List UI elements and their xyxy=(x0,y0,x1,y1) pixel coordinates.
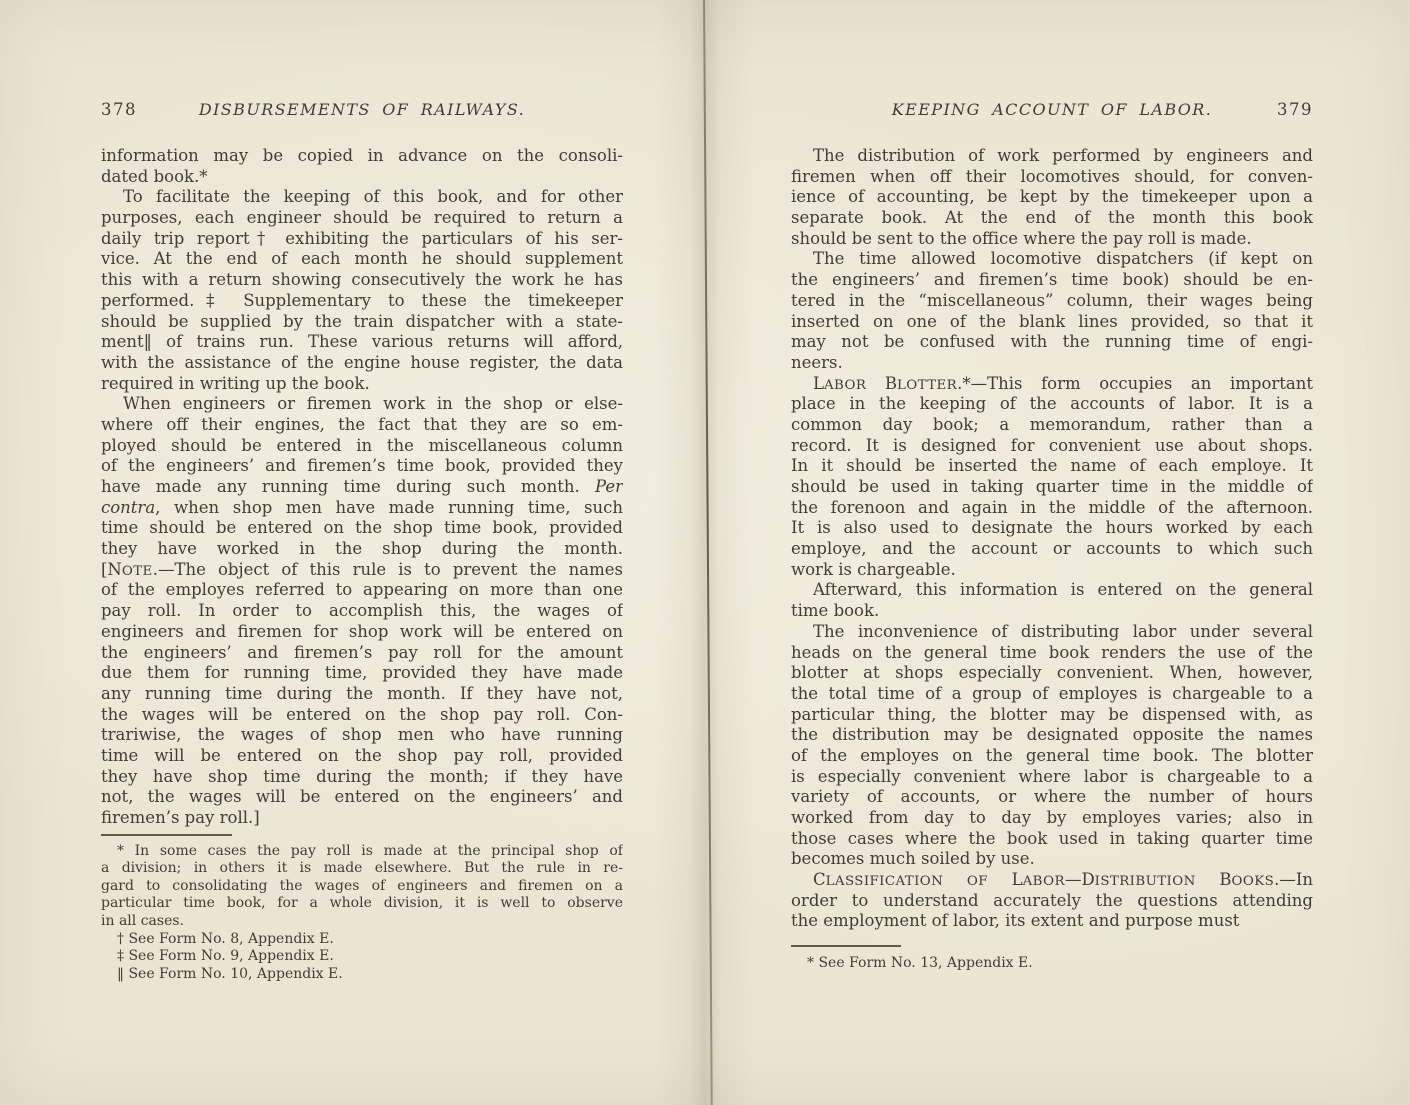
text-line: * See Form No. 13, Appendix E. xyxy=(791,955,1313,973)
text-line: record. It is designed for convenient us… xyxy=(791,436,1313,457)
text-line: time should be entered on the shop time … xyxy=(101,518,623,539)
text-line: the employment of labor, its extent and … xyxy=(791,911,1313,932)
text-line: [NOTE.—The object of this rule is to pre… xyxy=(101,560,623,581)
text-line: employe, and the account or accounts to … xyxy=(791,539,1313,560)
paragraph: information may be copied in advance on … xyxy=(101,146,623,187)
text-line: required in writing up the book. xyxy=(101,374,623,395)
text-line: may not be confused with the running tim… xyxy=(791,332,1313,353)
text-line: where off their engines, the fact that t… xyxy=(101,415,623,436)
text-line: separate book. At the end of the month t… xyxy=(791,208,1313,229)
text-line: To facilitate the keeping of this book, … xyxy=(101,187,623,208)
footnote: * See Form No. 13, Appendix E. xyxy=(791,955,1313,973)
right-running-header: KEEPING ACCOUNT OF LABOR. 379 xyxy=(791,100,1313,121)
text-line: firemen when off their locomotives shoul… xyxy=(791,167,1313,188)
right-running-head: KEEPING ACCOUNT OF LABOR. xyxy=(791,100,1313,121)
text-line: vice. At the end of each month he should… xyxy=(101,249,623,270)
text-line: LABOR BLOTTER.*—This form occupies an im… xyxy=(791,374,1313,395)
text-line: tered in the “miscellaneous” column, the… xyxy=(791,291,1313,312)
text-line: is especially convenient where labor is … xyxy=(791,767,1313,788)
text-line: pay roll. In order to accomplish this, t… xyxy=(101,601,623,622)
text-line: ‡ See Form No. 9, Appendix E. xyxy=(101,948,623,966)
right-page-body: The distribution of work performed by en… xyxy=(791,146,1313,932)
text-line: ployed should be entered in the miscella… xyxy=(101,436,623,457)
text-line: trariwise, the wages of shop men who hav… xyxy=(101,725,623,746)
text-line: of the engineers’ and firemen’s time boo… xyxy=(101,456,623,477)
text-line: should be sent to the office where the p… xyxy=(791,229,1313,250)
text-line: time will be entered on the shop pay rol… xyxy=(101,746,623,767)
footnote: ‡ See Form No. 9, Appendix E. xyxy=(101,948,623,966)
text-line: information may be copied in advance on … xyxy=(101,146,623,167)
text-line: performed.‡ Supplementary to these the t… xyxy=(101,291,623,312)
page-378: 378 DISBURSEMENTS OF RAILWAYS. informati… xyxy=(101,100,623,983)
text-line: daily trip report† exhibiting the partic… xyxy=(101,229,623,250)
left-footnote-rule xyxy=(101,834,232,836)
text-line: place in the keeping of the accounts of … xyxy=(791,394,1313,415)
text-line: time book. xyxy=(791,601,1313,622)
footnote: ‖ See Form No. 10, Appendix E. xyxy=(101,966,623,984)
text-line: becomes much soiled by use. xyxy=(791,849,1313,870)
text-line: a division; in others it is made elsewhe… xyxy=(101,860,623,878)
text-line: Afterward, this information is entered o… xyxy=(791,580,1313,601)
text-line: not, the wages will be entered on the en… xyxy=(101,787,623,808)
text-line: should be used in taking quarter time in… xyxy=(791,477,1313,498)
paragraph: To facilitate the keeping of this book, … xyxy=(101,187,623,394)
text-line: of the employes on the general time book… xyxy=(791,746,1313,767)
text-line: When engineers or firemen work in the sh… xyxy=(101,394,623,415)
text-line: * In some cases the pay roll is made at … xyxy=(101,843,623,861)
text-line: variety of accounts, or where the number… xyxy=(791,787,1313,808)
left-running-header: 378 DISBURSEMENTS OF RAILWAYS. xyxy=(101,100,623,121)
text-line: contra, when shop men have made running … xyxy=(101,498,623,519)
scanned-book-spread: 378 DISBURSEMENTS OF RAILWAYS. informati… xyxy=(0,0,1410,1105)
text-line: common day book; a memorandum, rather th… xyxy=(791,415,1313,436)
text-line: dated book.* xyxy=(101,167,623,188)
text-line: particular time book, for a whole divisi… xyxy=(101,895,623,913)
left-page-body: information may be copied in advance on … xyxy=(101,146,623,829)
right-footnote-rule xyxy=(791,945,901,947)
text-line: engineers and firemen for shop work will… xyxy=(101,622,623,643)
text-line: those cases where the book used in takin… xyxy=(791,829,1313,850)
text-line: due them for running time, provided they… xyxy=(101,663,623,684)
paragraph: CLASSIFICATION OF LABOR—DISTRIBUTION BOO… xyxy=(791,870,1313,932)
paragraph: Afterward, this information is entered o… xyxy=(791,580,1313,621)
text-line: ‖ See Form No. 10, Appendix E. xyxy=(101,966,623,984)
text-line: they have worked in the shop during the … xyxy=(101,539,623,560)
text-line: † See Form No. 8, Appendix E. xyxy=(101,931,623,949)
text-line: ience of accounting, be kept by the time… xyxy=(791,187,1313,208)
text-line: with the assistance of the engine house … xyxy=(101,353,623,374)
text-line: ment‖ of trains run. These various retur… xyxy=(101,332,623,353)
right-page-number: 379 xyxy=(1277,100,1313,121)
text-line: have made any running time during such m… xyxy=(101,477,623,498)
text-line: purposes, each engineer should be requir… xyxy=(101,208,623,229)
text-line: neers. xyxy=(791,353,1313,374)
paragraph: The distribution of work performed by en… xyxy=(791,146,1313,249)
text-line: blotter at shops especially convenient. … xyxy=(791,663,1313,684)
text-line: this with a return showing consecutively… xyxy=(101,270,623,291)
left-running-head: DISBURSEMENTS OF RAILWAYS. xyxy=(101,100,623,121)
text-line: any running time during the month. If th… xyxy=(101,684,623,705)
paragraph: The time allowed locomotive dispatchers … xyxy=(791,249,1313,373)
text-line: the engineers’ and firemen’s time book) … xyxy=(791,270,1313,291)
text-line: the forenoon and again in the middle of … xyxy=(791,498,1313,519)
text-line: they have shop time during the month; if… xyxy=(101,767,623,788)
text-line: The time allowed locomotive dispatchers … xyxy=(791,249,1313,270)
text-line: gard to consolidating the wages of engin… xyxy=(101,878,623,896)
text-line: In it should be inserted the name of eac… xyxy=(791,456,1313,477)
footnote: † See Form No. 8, Appendix E. xyxy=(101,931,623,949)
text-line: work is chargeable. xyxy=(791,560,1313,581)
text-line: worked from day to day by employes varie… xyxy=(791,808,1313,829)
footnote: * In some cases the pay roll is made at … xyxy=(101,843,623,931)
text-line: CLASSIFICATION OF LABOR—DISTRIBUTION BOO… xyxy=(791,870,1313,891)
text-line: The distribution of work performed by en… xyxy=(791,146,1313,167)
text-line: the engineers’ and firemen’s pay roll fo… xyxy=(101,643,623,664)
text-line: heads on the general time book renders t… xyxy=(791,643,1313,664)
right-footnotes: * See Form No. 13, Appendix E. xyxy=(791,955,1313,973)
text-line: inserted on one of the blank lines provi… xyxy=(791,312,1313,333)
text-line: of the employes referred to appearing on… xyxy=(101,580,623,601)
text-line: order to understand accurately the quest… xyxy=(791,891,1313,912)
text-line: particular thing, the blotter may be dis… xyxy=(791,705,1313,726)
paragraph: The inconvenience of distributing labor … xyxy=(791,622,1313,870)
text-line: the distribution may be designated oppos… xyxy=(791,725,1313,746)
text-line: should be supplied by the train dispatch… xyxy=(101,312,623,333)
paragraph: When engineers or firemen work in the sh… xyxy=(101,394,623,828)
left-page-number: 378 xyxy=(101,100,137,121)
paragraph: LABOR BLOTTER.*—This form occupies an im… xyxy=(791,374,1313,581)
text-line: the total time of a group of employes is… xyxy=(791,684,1313,705)
page-379: KEEPING ACCOUNT OF LABOR. 379 The distri… xyxy=(791,100,1313,973)
text-line: The inconvenience of distributing labor … xyxy=(791,622,1313,643)
text-line: firemen’s pay roll.] xyxy=(101,808,623,829)
left-footnotes: * In some cases the pay roll is made at … xyxy=(101,843,623,984)
text-line: It is also used to designate the hours w… xyxy=(791,518,1313,539)
text-line: in all cases. xyxy=(101,913,623,931)
text-line: the wages will be entered on the shop pa… xyxy=(101,705,623,726)
